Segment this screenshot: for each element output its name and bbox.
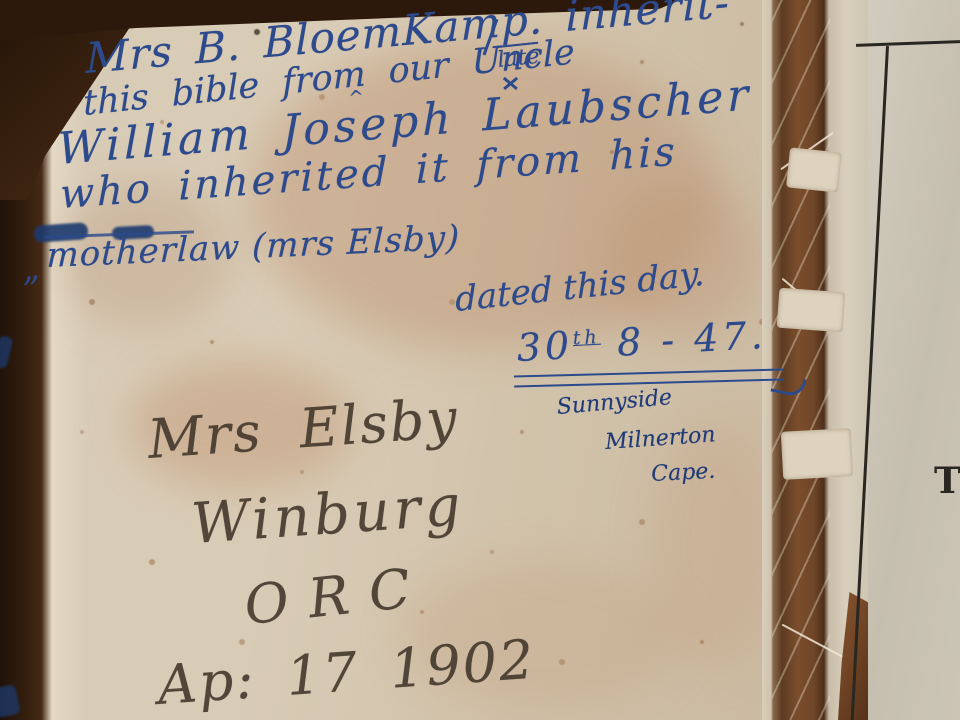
- date-day: 30: [516, 323, 575, 370]
- binding-threads-texture: [772, 0, 830, 720]
- printed-letter: T: [934, 460, 960, 502]
- date-rest: 8 - 47.: [600, 313, 768, 366]
- binding-tape-band: [786, 147, 842, 192]
- binding-tape-band: [777, 288, 846, 333]
- old-bible-flyleaf-photo: T Mrs B. BloemKamp. inherit- late this b…: [0, 0, 960, 720]
- date-ordinal: th: [572, 326, 601, 349]
- page-stain-near-spine: [650, 420, 780, 670]
- binding-tape-band: [781, 428, 853, 480]
- address-note-line-3: Cape.: [651, 459, 716, 487]
